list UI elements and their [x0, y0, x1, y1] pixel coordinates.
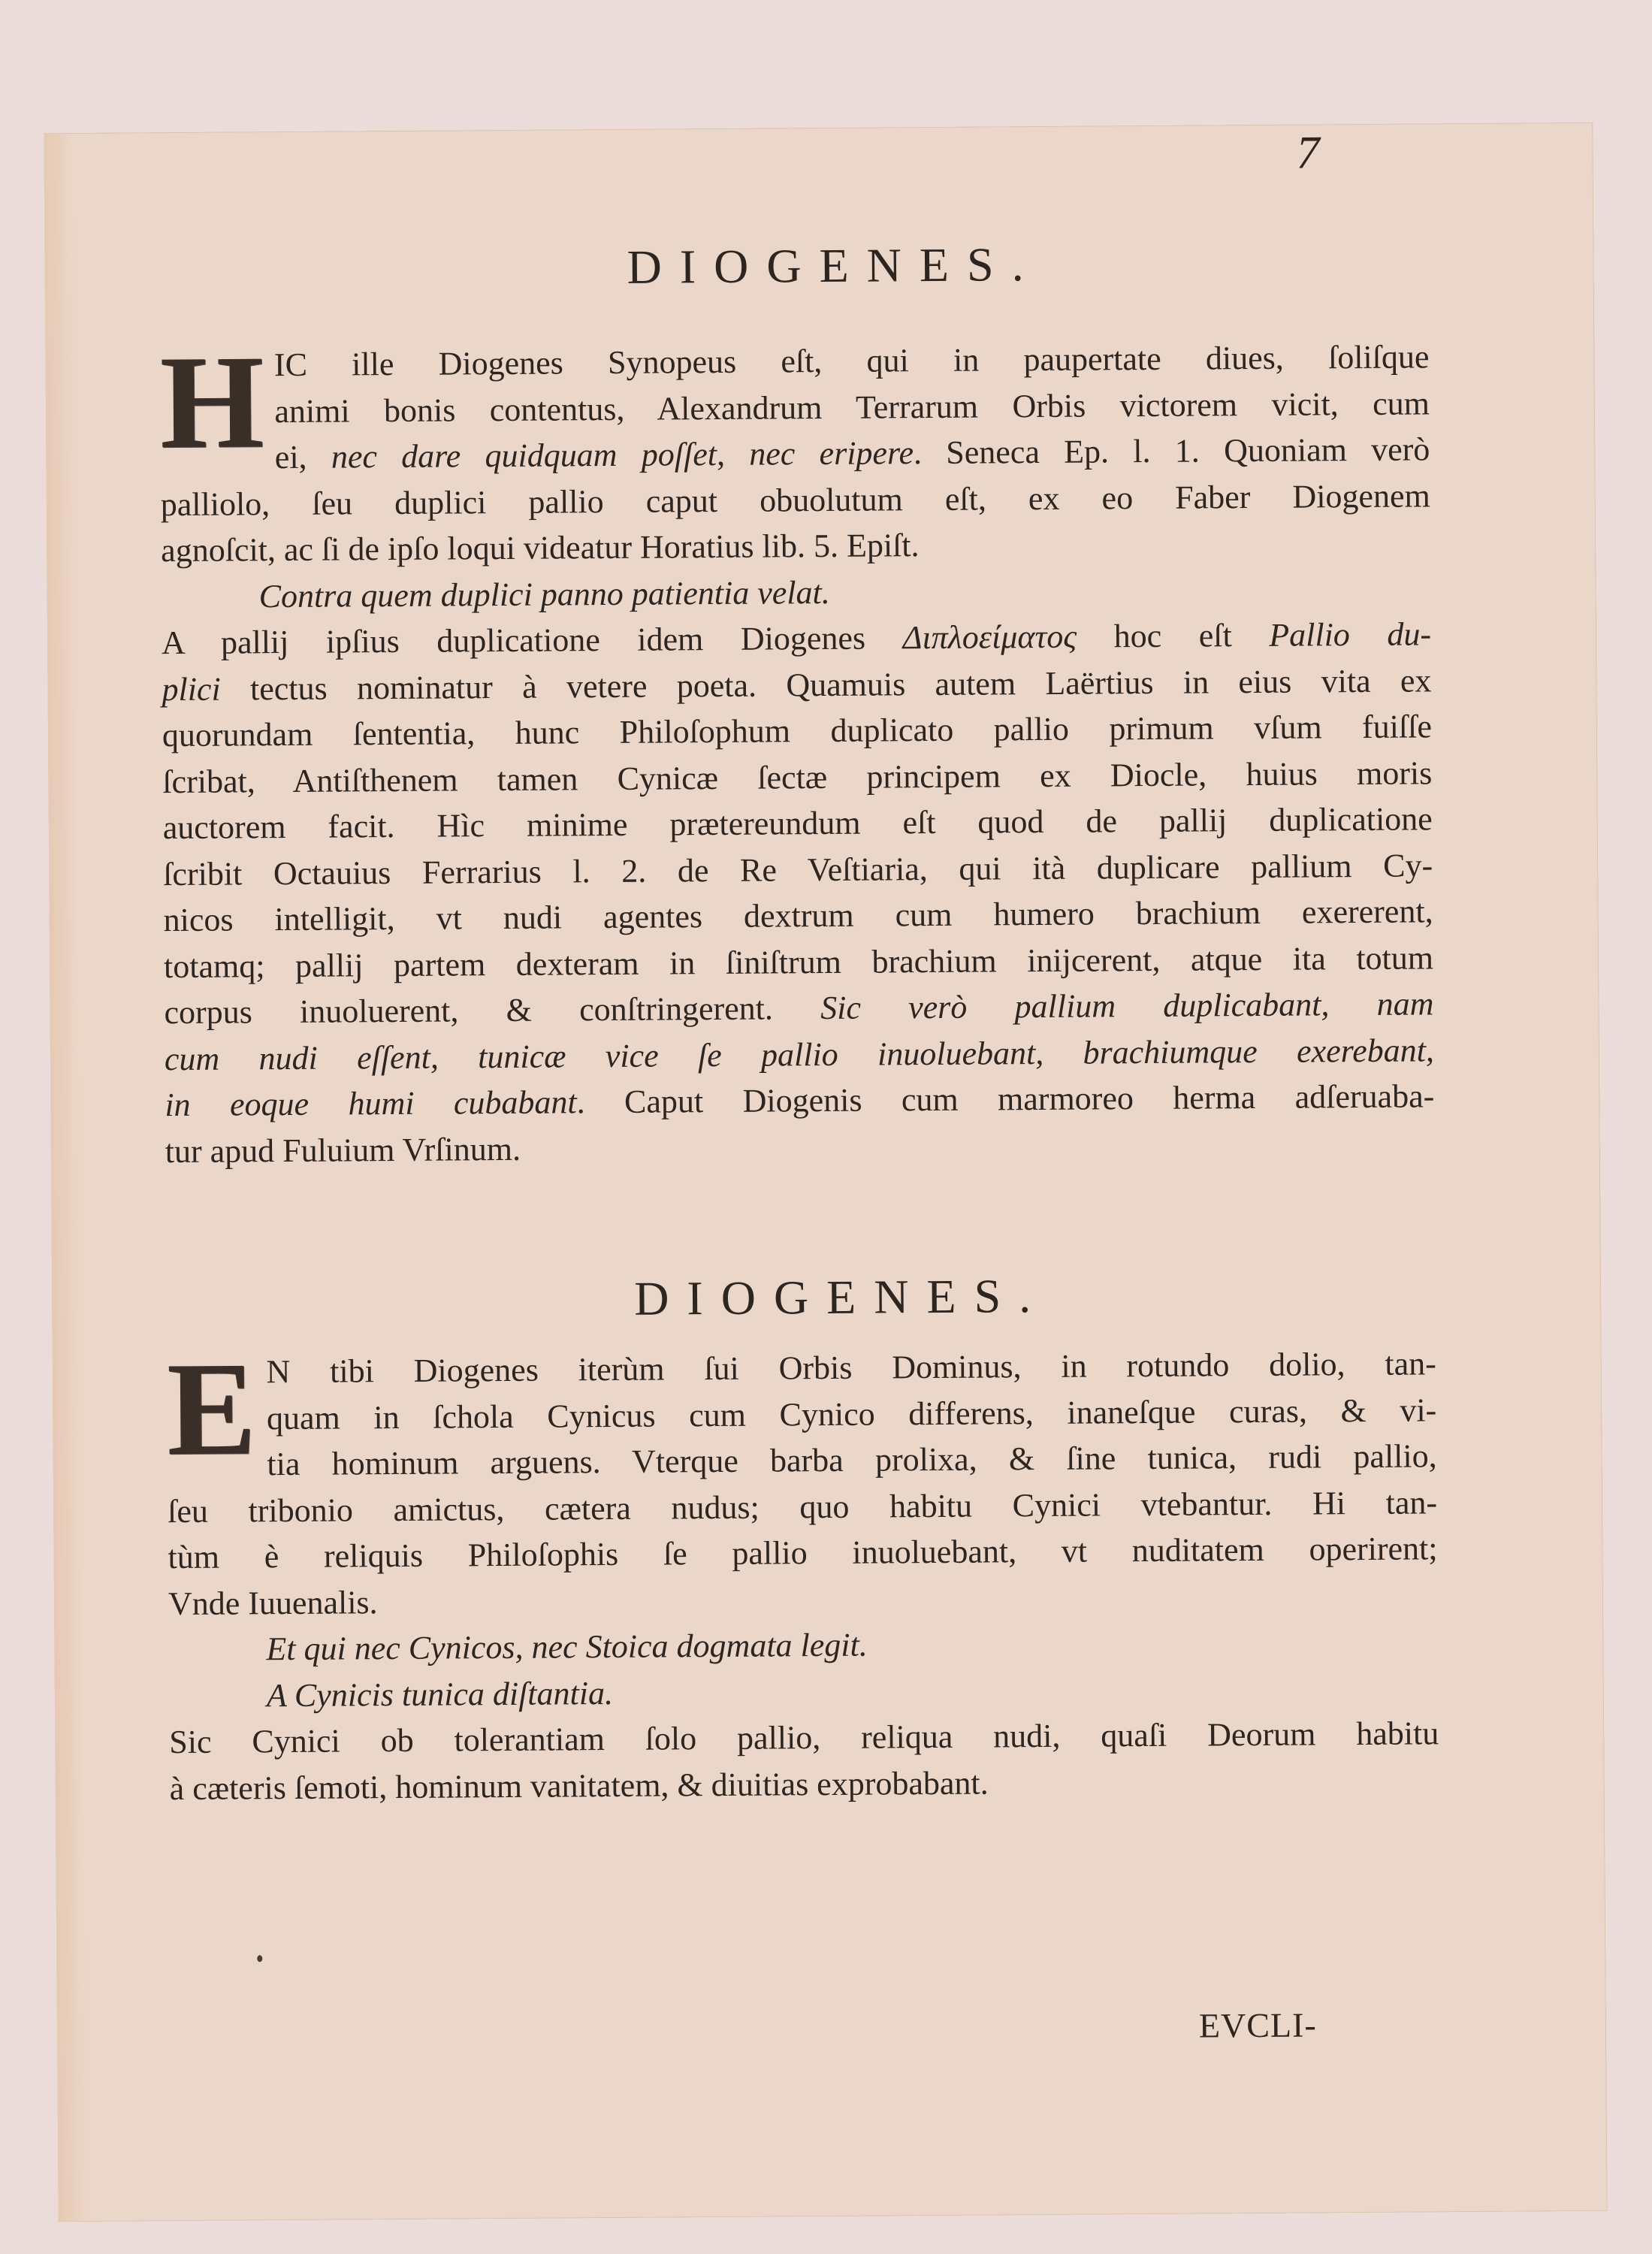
- catchword: EVCLI-: [1199, 2005, 1317, 2045]
- ink-speck: [257, 1955, 262, 1962]
- text-line: tia hominum arguens. Vterque barba proli…: [167, 1433, 1436, 1488]
- section-body-1: H IC ille Diogenes Synopeus eſt, qui in …: [159, 334, 1435, 1174]
- text-lines: IC ille Diogenes Synopeus eſt, qui in pa…: [159, 334, 1435, 1174]
- page-number: 7: [1296, 129, 1319, 176]
- text-line: ei, nec dare quidquam poſſet, nec eriper…: [160, 426, 1430, 481]
- text-line: corpus inuoluerent, & conſtringerent. Si…: [164, 980, 1433, 1035]
- text-line: A pallij ipſius duplicatione idem Diogen…: [162, 611, 1431, 666]
- drop-cap: E: [167, 1355, 257, 1448]
- text-line: quorundam ſententia, hunc Philoſophum du…: [162, 703, 1432, 758]
- text-line: à cæteris ſemoti, hominum vanitatem, & d…: [169, 1757, 1439, 1811]
- text-line: IC ille Diogenes Synopeus eſt, qui in pa…: [159, 334, 1429, 388]
- text-line: tùm è reliquis Philoſophis ſe pallio inu…: [168, 1525, 1437, 1580]
- book-page: 7 DIOGENES. H IC ille Diogenes Synopeus …: [44, 122, 1607, 2222]
- section-body-2: E N tibi Diogenes iterùm ſui Orbis Domin…: [167, 1340, 1439, 1811]
- text-line: N tibi Diogenes iterùm ſui Orbis Dominus…: [167, 1340, 1436, 1395]
- drop-cap: H: [159, 348, 264, 441]
- section-heading-1: DIOGENES.: [44, 237, 1608, 296]
- section-heading-2: DIOGENES.: [52, 1268, 1616, 1328]
- text-line: auctorem facit. Hìc minime prætereundum …: [163, 796, 1433, 851]
- text-line: in eoque humi cubabant. Caput Diogenis c…: [165, 1073, 1434, 1128]
- text-line: palliolo, ſeu duplici pallio caput obuol…: [161, 473, 1430, 527]
- text-line: tur apud Fuluium Vrſinum.: [165, 1119, 1435, 1174]
- text-line: Sic Cynici ob tolerantiam ſolo pallio, r…: [169, 1710, 1439, 1765]
- text-line: nicos intelligit, vt nudi agentes dextru…: [163, 888, 1433, 943]
- text-lines: N tibi Diogenes iterùm ſui Orbis Dominus…: [167, 1340, 1439, 1811]
